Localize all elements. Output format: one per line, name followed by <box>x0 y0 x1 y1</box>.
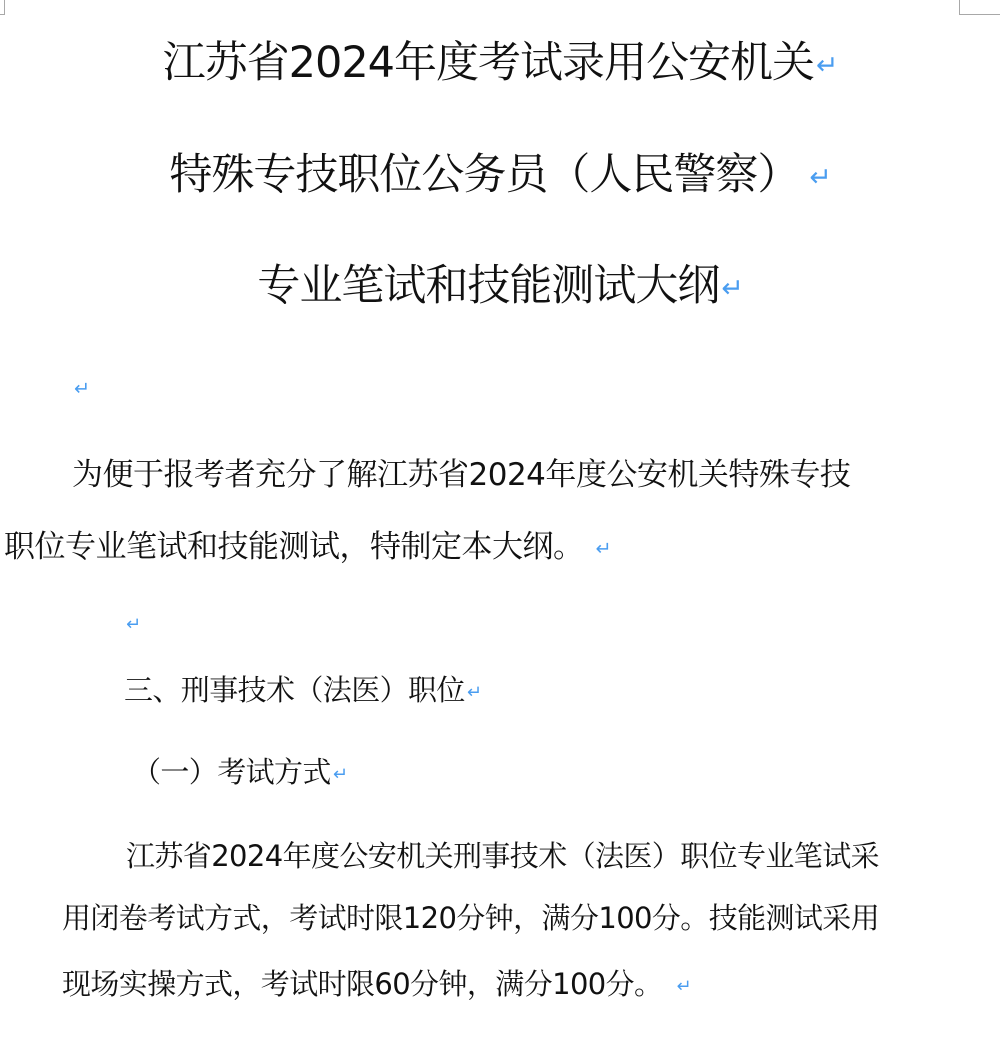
paragraph-mark-icon: ↵ <box>467 682 481 703</box>
paragraph-mark-icon: ↵ <box>126 614 140 635</box>
exam-method-line-3: 现场实操方式，考试时限60分钟，满分100分。↵ <box>62 970 691 999</box>
section-heading: 三、刑事技术（法医）职位↵ <box>124 676 481 705</box>
intro-line-1: 为便于报考者充分了解江苏省2024年度公安机关特殊专技 <box>72 460 850 491</box>
paragraph-mark-icon: ↵ <box>809 162 830 193</box>
empty-paragraph: ↵ <box>72 372 90 403</box>
page-corner-mark-right <box>959 0 1000 15</box>
section-heading-text: 三、刑事技术（法医）职位 <box>124 673 465 707</box>
title-line-3: 专业笔试和技能测试大纲↵ <box>0 265 1000 308</box>
paragraph-mark-icon: ↵ <box>333 764 347 785</box>
exam-method-line-2: 用闭卷考试方式，考试时限120分钟，满分100分。技能测试采用 <box>62 904 879 933</box>
page-corner-mark-left <box>0 0 5 15</box>
title-line-1-text: 江苏省2024年度考试录用公安机关 <box>163 38 814 88</box>
intro-line-2: 职位专业笔试和技能测试，特制定本大纲。↵ <box>4 532 611 563</box>
paragraph-mark-icon: ↵ <box>676 976 690 997</box>
paragraph-mark-icon: ↵ <box>816 50 837 81</box>
paragraph-mark-icon: ↵ <box>596 537 612 560</box>
title-line-1: 江苏省2024年度考试录用公安机关↵ <box>0 42 1000 85</box>
title-line-3-text: 专业笔试和技能测试大纲 <box>257 261 719 311</box>
intro-line-2-text: 职位专业笔试和技能测试，特制定本大纲。 <box>4 529 584 565</box>
title-line-2-text: 特殊专技职位公务员（人民警察） <box>169 150 799 200</box>
exam-method-line-3-text: 现场实操方式，考试时限60分钟，满分100分。 <box>62 967 662 1001</box>
paragraph-mark-icon: ↵ <box>74 377 90 400</box>
title-line-2: 特殊专技职位公务员（人民警察）↵ <box>0 154 1000 197</box>
paragraph-mark-icon: ↵ <box>721 273 742 304</box>
exam-method-line-1: 江苏省2024年度公安机关刑事技术（法医）职位专业笔试采 <box>126 842 879 871</box>
subsection-heading: （一）考试方式↵ <box>132 758 347 787</box>
empty-paragraph: ↵ <box>124 608 140 637</box>
subsection-heading-text: （一）考试方式 <box>132 755 331 789</box>
